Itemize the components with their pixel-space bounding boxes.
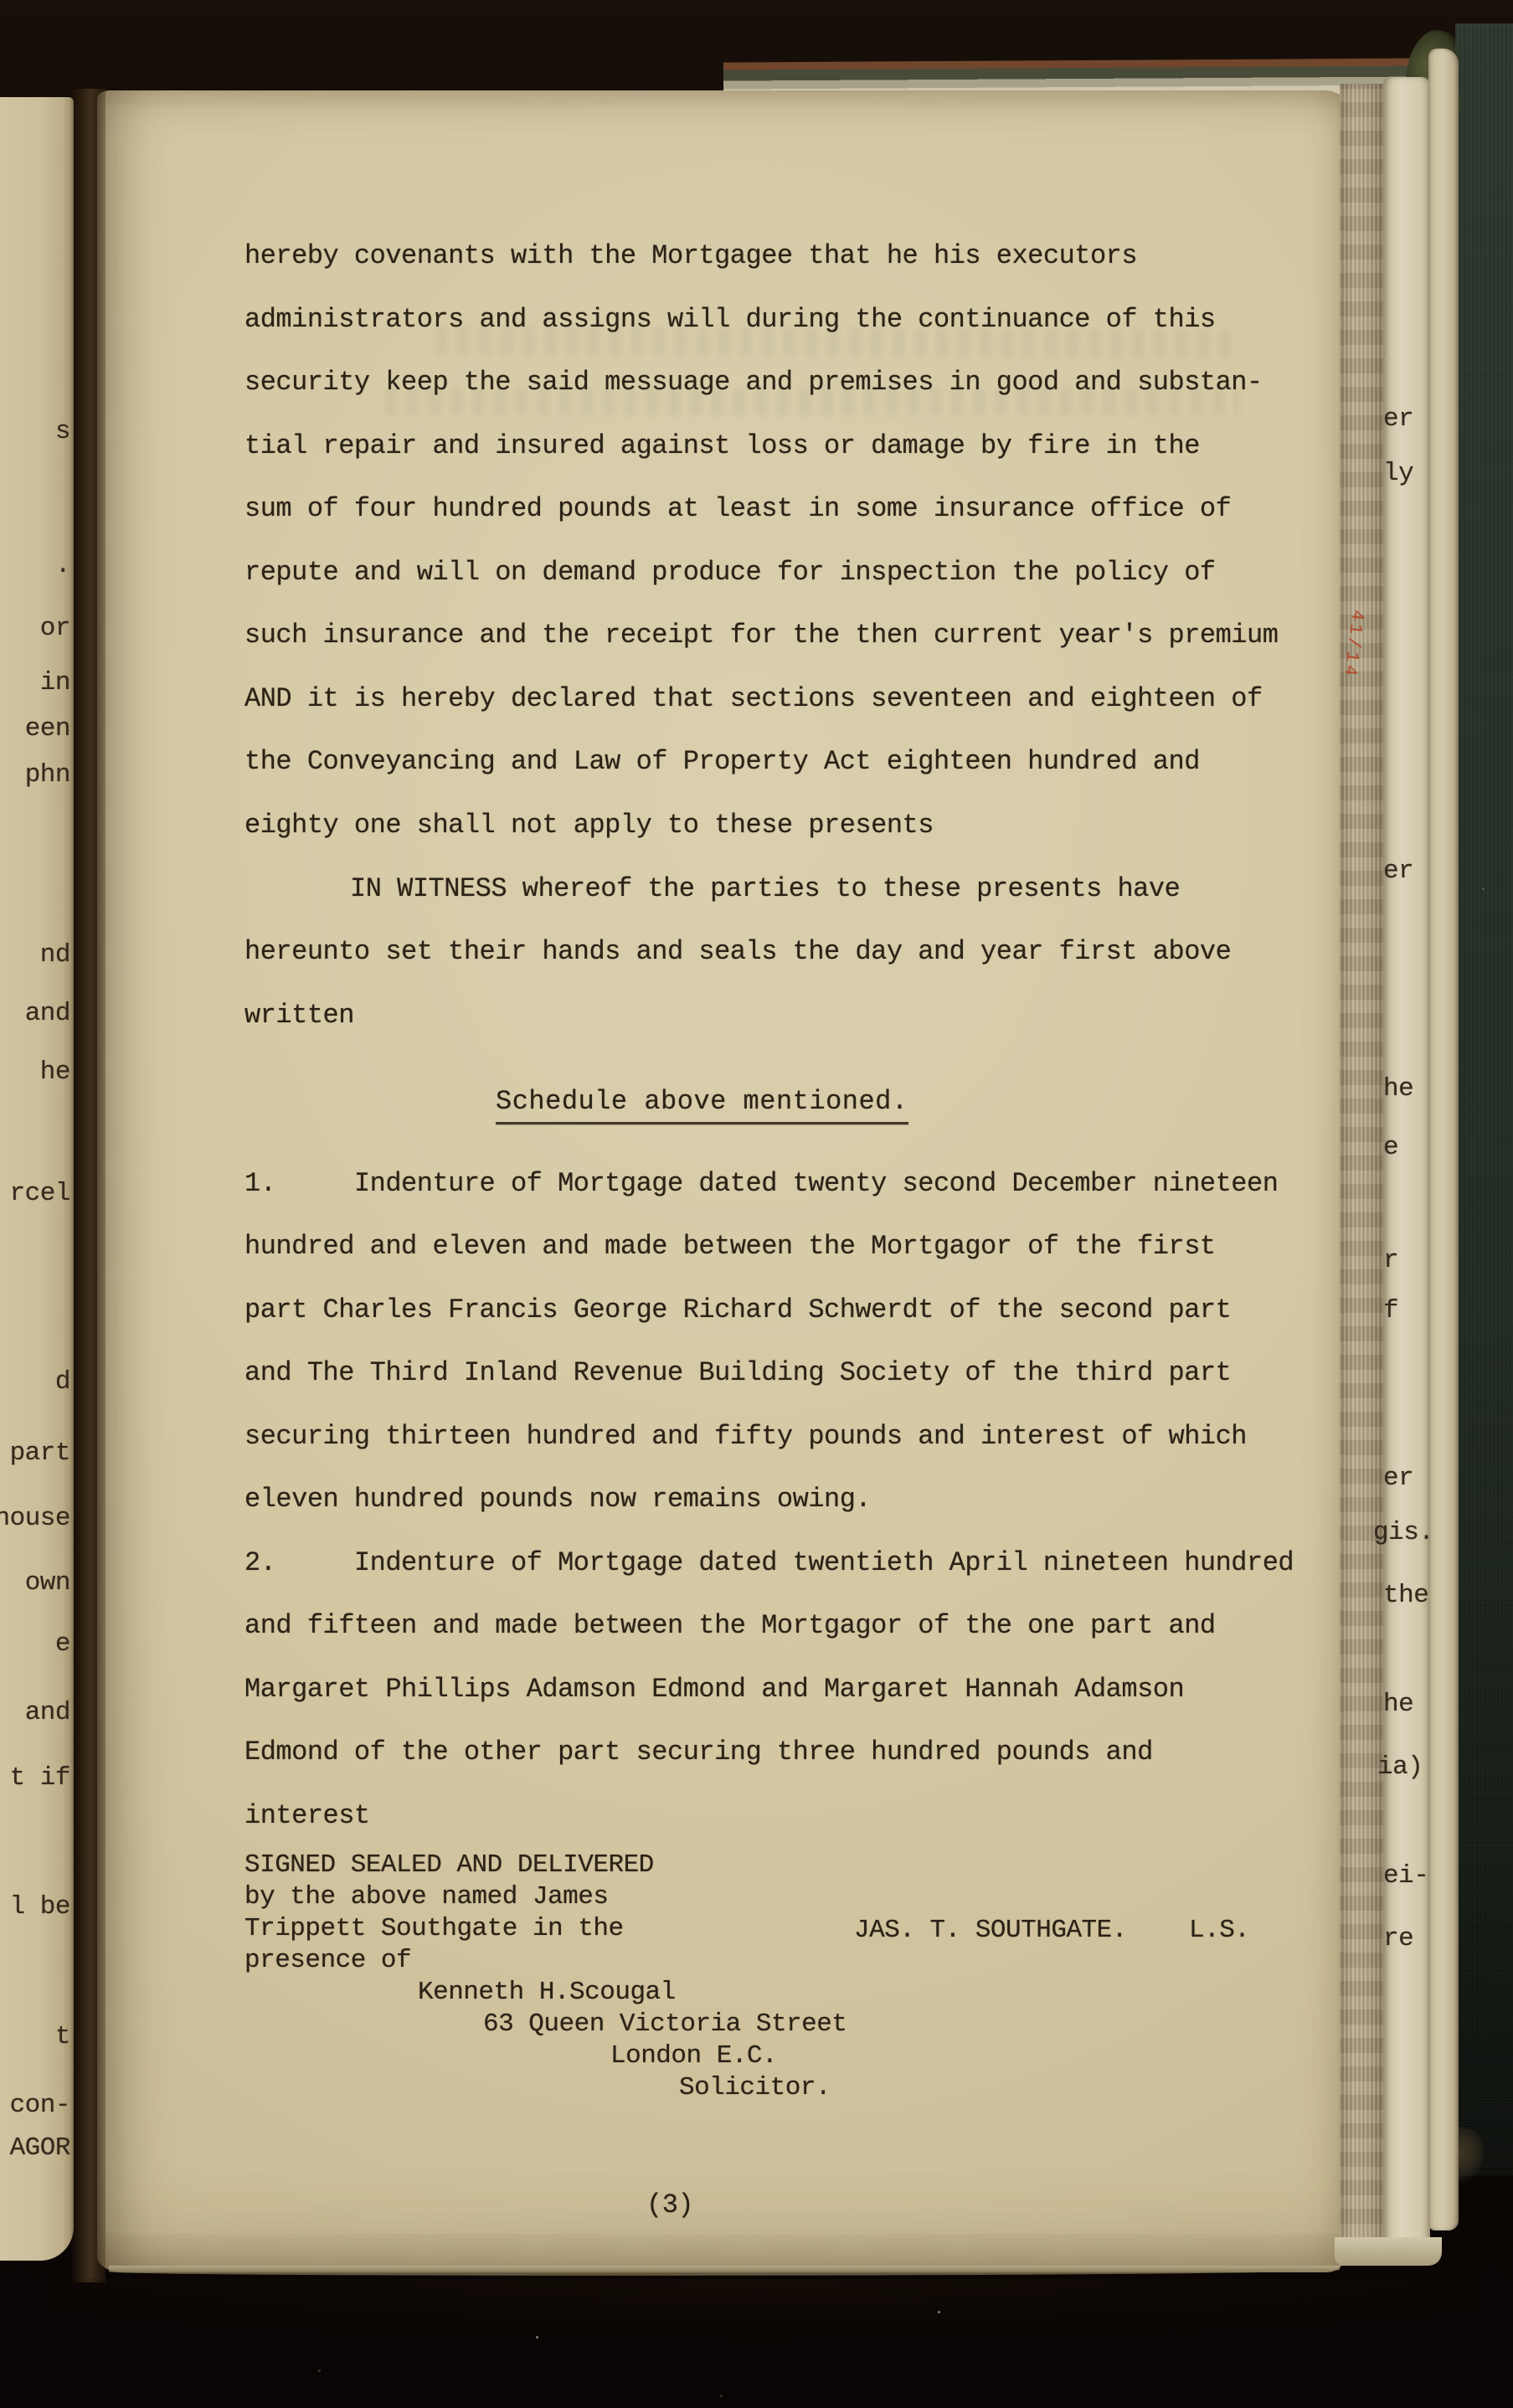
bottom-shadow bbox=[50, 2279, 1474, 2338]
page-edge-fragment: ia) bbox=[1377, 1754, 1423, 1780]
page-edge-fragment: and bbox=[25, 1001, 70, 1026]
page-edge-fragment: ly bbox=[1383, 461, 1413, 486]
typed-line: hereunto set their hands and seals the d… bbox=[244, 939, 1231, 965]
page-edge-fragment: l be bbox=[10, 1894, 70, 1920]
typed-line: interest bbox=[244, 1803, 370, 1829]
cloth-guard-strip bbox=[1340, 84, 1387, 2266]
page-edge-fragment: he bbox=[1383, 1691, 1413, 1717]
typed-line: hereby covenants with the Mortgagee that… bbox=[244, 243, 1137, 270]
witness-line: Kenneth H.Scougal bbox=[418, 1979, 676, 2005]
page-edge-fragment: er bbox=[1383, 406, 1413, 432]
typed-line: hundred and eleven and made between the … bbox=[244, 1233, 1216, 1260]
witness-line: London E.C. bbox=[610, 2043, 777, 2069]
page-edge-fragment: phn bbox=[25, 762, 70, 788]
page-edge-fragment: the bbox=[1383, 1582, 1428, 1608]
page-edge-fragment: gis. bbox=[1373, 1520, 1433, 1546]
dust-speck bbox=[938, 2311, 940, 2313]
attestation-line: SIGNED SEALED AND DELIVERED bbox=[244, 1852, 654, 1878]
page-edge-fragment: he bbox=[40, 1059, 70, 1085]
typed-line: securing thirteen hundred and fifty poun… bbox=[244, 1423, 1247, 1450]
page-edge-fragment: e bbox=[55, 1631, 70, 1657]
page-edge-fragment: een bbox=[25, 716, 70, 742]
page-edge-fragment: re bbox=[1383, 1926, 1413, 1952]
page-edge-fragment: nd bbox=[40, 942, 70, 968]
page-edge-fragment: er bbox=[1383, 1465, 1413, 1491]
typed-line: AND it is hereby declared that sections … bbox=[244, 686, 1263, 713]
page-edge-fragment: in bbox=[40, 670, 70, 696]
page-edge-fragment: r bbox=[1383, 1248, 1398, 1273]
typed-line: repute and will on demand produce for in… bbox=[244, 559, 1216, 586]
typed-line: Edmond of the other part securing three … bbox=[244, 1739, 1153, 1766]
page-number: (3) bbox=[646, 2192, 693, 2219]
book-scan: hereby covenants with the Mortgagee that… bbox=[0, 0, 1513, 2408]
typed-line: sum of four hundred pounds at least in s… bbox=[244, 496, 1231, 522]
attestation-line: Trippett Southgate in the bbox=[244, 1916, 624, 1942]
typed-line: the Conveyancing and Law of Property Act… bbox=[244, 749, 1200, 775]
typed-line: tial repair and insured against loss or … bbox=[244, 433, 1200, 460]
attestation-line: by the above named James bbox=[244, 1884, 608, 1910]
page-edge-fragment: ei- bbox=[1383, 1863, 1428, 1889]
page-edge-fragment: AGOR bbox=[10, 2135, 70, 2161]
signature-name: JAS. T. SOUTHGATE. bbox=[854, 1917, 1127, 1943]
dust-speck bbox=[720, 2395, 723, 2397]
typed-line: and The Third Inland Revenue Building So… bbox=[244, 1360, 1231, 1387]
typed-line: written bbox=[244, 1002, 354, 1029]
page-edge-fragment: e bbox=[1383, 1135, 1398, 1160]
page-edge-fragment: own bbox=[25, 1570, 70, 1596]
typed-line: Margaret Phillips Adamson Edmond and Mar… bbox=[244, 1676, 1184, 1703]
dust-speck bbox=[1482, 888, 1485, 890]
typed-line: part Charles Francis George Richard Schw… bbox=[244, 1297, 1231, 1324]
page-edge-fragment: or bbox=[40, 615, 70, 641]
typed-line: such insurance and the receipt for the t… bbox=[244, 622, 1278, 649]
dust-speck bbox=[536, 2336, 538, 2339]
schedule-heading: Schedule above mentioned. bbox=[496, 1088, 908, 1124]
witness-line: Solicitor. bbox=[679, 2075, 831, 2101]
typed-line: and fifteen and made between the Mortgag… bbox=[244, 1613, 1216, 1639]
witness-line: 63 Queen Victoria Street bbox=[483, 2011, 847, 2037]
signature-seal: L.S. bbox=[1189, 1917, 1249, 1943]
page-edge-fragment: d bbox=[55, 1369, 70, 1395]
book-cover bbox=[1455, 23, 1513, 2175]
page-edge-fragment: f bbox=[1383, 1298, 1398, 1324]
page-edge-fragment: er bbox=[1383, 858, 1413, 884]
page-stack-edge bbox=[1428, 49, 1459, 2230]
page-edge-fragment: . bbox=[55, 553, 70, 579]
page-bottom-edge bbox=[109, 2266, 1340, 2276]
dust-speck bbox=[318, 2369, 321, 2372]
page-edge-fragment: t bbox=[55, 2024, 70, 2050]
page-edge-fragment: house bbox=[0, 1505, 70, 1531]
typed-line: IN WITNESS whereof the parties to these … bbox=[350, 876, 1180, 903]
typed-line: 1. Indenture of Mortgage dated twenty se… bbox=[244, 1171, 1278, 1197]
typed-line: 2. Indenture of Mortgage dated twentieth… bbox=[244, 1550, 1294, 1577]
gutter-shadow bbox=[70, 89, 105, 2282]
typed-line: eleven hundred pounds now remains owing. bbox=[244, 1486, 871, 1513]
typed-line: eighty one shall not apply to these pres… bbox=[244, 812, 934, 839]
page-edge-fragment: s bbox=[55, 419, 70, 445]
dust-speck bbox=[1390, 352, 1392, 354]
typed-line: administrators and assigns will during t… bbox=[244, 306, 1216, 333]
page-edge-fragment: con- bbox=[10, 2092, 70, 2118]
page-stack-foot bbox=[1335, 2237, 1442, 2266]
page-edge-fragment: rcel bbox=[10, 1181, 70, 1207]
page-edge-fragment: he bbox=[1383, 1076, 1413, 1102]
page-edge-fragment: part bbox=[10, 1440, 70, 1466]
attestation-line: presence of bbox=[244, 1947, 411, 1973]
page-edge-fragment: t if bbox=[10, 1765, 70, 1791]
typed-line: security keep the said messuage and prem… bbox=[244, 369, 1263, 396]
page-edge-fragment: and bbox=[25, 1700, 70, 1726]
